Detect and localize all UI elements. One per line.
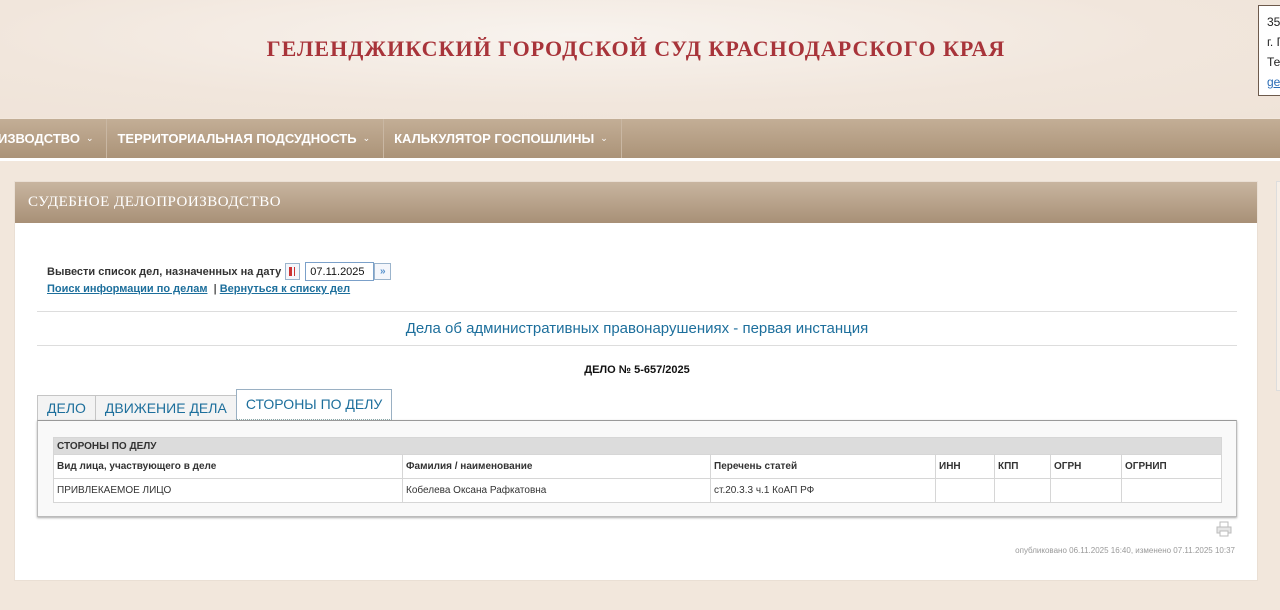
contact-line: г. Г	[1267, 32, 1280, 52]
table-cell	[936, 479, 995, 503]
tab-parties[interactable]: СТОРОНЫ ПО ДЕЛУ	[236, 389, 393, 420]
table-title: СТОРОНЫ ПО ДЕЛУ	[54, 438, 1222, 455]
back-to-list-link[interactable]: Вернуться к списку дел	[220, 283, 350, 295]
column-header: КПП	[995, 455, 1051, 479]
contact-email-link[interactable]: ge	[1267, 72, 1280, 92]
go-button[interactable]: »	[374, 263, 391, 280]
table-cell: Кобелева Оксана Рафкатовна	[403, 479, 711, 503]
date-label: Вывести список дел, назначенных на дату	[47, 266, 281, 278]
nav-item-jurisdiction[interactable]: ТЕРРИТОРИАЛЬНАЯ ПОДСУДНОСТЬ ⌄	[107, 119, 384, 158]
nav-divider	[0, 158, 1280, 161]
divider	[37, 345, 1237, 346]
table-cell: ПРИВЛЕКАЕМОЕ ЛИЦО	[54, 479, 403, 503]
case-category: Дела об административных правонарушениях…	[37, 320, 1237, 337]
nav-item-label: ИЗВОДСТВО	[0, 131, 80, 146]
site-header: ГЕЛЕНДЖИКСКИЙ ГОРОДСКОЙ СУД КРАСНОДАРСКО…	[0, 0, 1280, 118]
table-cell: ст.20.3.3 ч.1 КоАП РФ	[711, 479, 936, 503]
double-chevron-right-icon: »	[380, 266, 386, 277]
column-header: Перечень статей	[711, 455, 936, 479]
nav-item-proceedings[interactable]: ИЗВОДСТВО ⌄	[0, 119, 107, 158]
nav-links: Поиск информации по делам | Вернуться к …	[47, 283, 350, 295]
tab-content: СТОРОНЫ ПО ДЕЛУ Вид лица, участвующего в…	[37, 420, 1237, 517]
column-header: Вид лица, участвующего в деле	[54, 455, 403, 479]
column-header: Фамилия / наименование	[403, 455, 711, 479]
column-header: ОГРНИП	[1122, 455, 1222, 479]
nav-item-label: ТЕРРИТОРИАЛЬНАЯ ПОДСУДНОСТЬ	[117, 131, 356, 146]
contact-line: Те	[1267, 52, 1280, 72]
nav-item-fee-calculator[interactable]: КАЛЬКУЛЯТОР ГОСПОШЛИНЫ ⌄	[384, 119, 622, 158]
divider	[37, 311, 1237, 312]
link-separator: |	[214, 283, 217, 295]
column-header: ИНН	[936, 455, 995, 479]
calendar-icon[interactable]	[285, 263, 300, 280]
chevron-down-icon: ⌄	[600, 133, 608, 144]
date-filter: Вывести список дел, назначенных на дату …	[47, 262, 391, 281]
date-input[interactable]	[305, 262, 374, 281]
table-cell	[1122, 479, 1222, 503]
case-tabs: ДЕЛО ДВИЖЕНИЕ ДЕЛА СТОРОНЫ ПО ДЕЛУ	[37, 389, 391, 420]
chevron-down-icon: ⌄	[86, 133, 94, 144]
contact-line: 35	[1267, 12, 1280, 32]
table-row: ПРИВЛЕКАЕМОЕ ЛИЦО Кобелева Оксана Рафкат…	[54, 479, 1222, 503]
chevron-down-icon: ⌄	[363, 133, 371, 144]
tab-case-movement[interactable]: ДВИЖЕНИЕ ДЕЛА	[95, 395, 237, 420]
table-cell	[995, 479, 1051, 503]
case-number: ДЕЛО № 5-657/2025	[37, 364, 1237, 376]
search-cases-link[interactable]: Поиск информации по делам	[47, 283, 207, 295]
main-nav: ИЗВОДСТВО ⌄ ТЕРРИТОРИАЛЬНАЯ ПОДСУДНОСТЬ …	[0, 119, 1280, 158]
contact-box: 35 г. Г Те ge	[1258, 5, 1280, 96]
court-title: ГЕЛЕНДЖИКСКИЙ ГОРОДСКОЙ СУД КРАСНОДАРСКО…	[0, 36, 1272, 62]
panel-title: СУДЕБНОЕ ДЕЛОПРОИЗВОДСТВО	[15, 182, 1257, 223]
publication-stamp: опубликовано 06.11.2025 16:40, изменено …	[1015, 546, 1235, 555]
sidebar-edge	[1276, 181, 1280, 391]
table-cell	[1051, 479, 1122, 503]
content-panel: СУДЕБНОЕ ДЕЛОПРОИЗВОДСТВО Вывести список…	[14, 181, 1258, 581]
printer-icon[interactable]	[1216, 521, 1232, 537]
nav-item-label: КАЛЬКУЛЯТОР ГОСПОШЛИНЫ	[394, 131, 594, 146]
tab-case[interactable]: ДЕЛО	[37, 395, 96, 420]
parties-table: СТОРОНЫ ПО ДЕЛУ Вид лица, участвующего в…	[53, 437, 1222, 503]
column-header: ОГРН	[1051, 455, 1122, 479]
